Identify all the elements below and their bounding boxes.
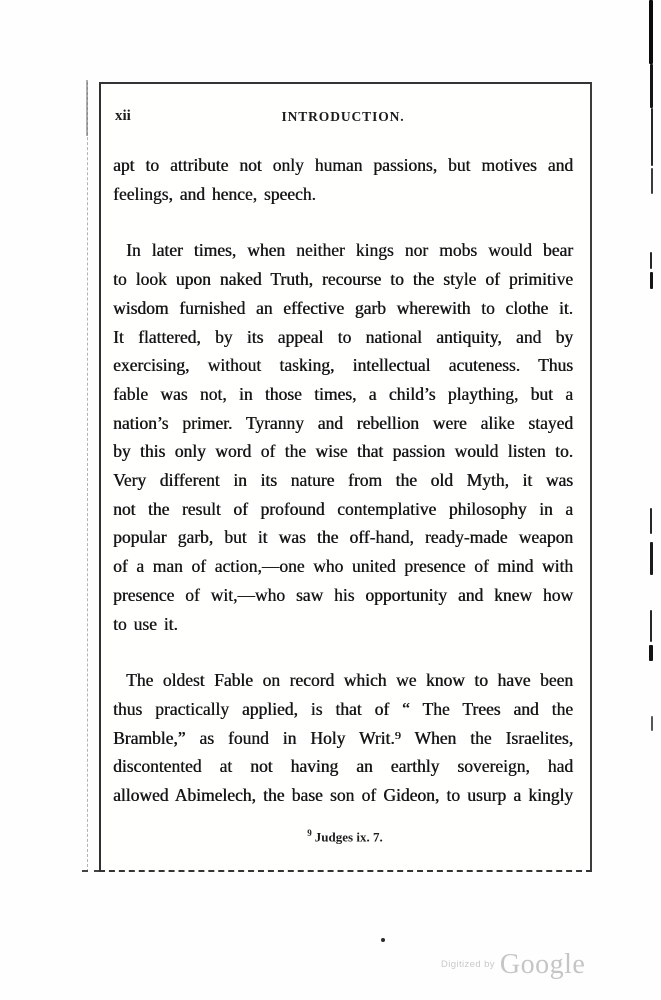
text-line: It flattered, by its appeal to national … [113, 323, 573, 352]
scan-edge-mark [650, 272, 653, 289]
scan-edge-mark [651, 168, 653, 194]
paragraph: apt to attribute not only human passions… [113, 151, 573, 208]
scan-edge-mark [650, 64, 653, 108]
footnote-text: Judges ix. 7. [315, 829, 383, 844]
watermark: Digitized byGoogle [441, 949, 585, 981]
text-line: allowed Abimelech, the base son of Gideo… [113, 781, 573, 810]
footnote: 9Judges ix. 7. [115, 828, 575, 845]
text-line: to use it. [113, 610, 573, 639]
book-scan-canvas: xii INTRODUCTION. apt to attribute not o… [0, 0, 661, 1000]
running-head: xii INTRODUCTION. [113, 108, 573, 125]
google-logo: Google [500, 949, 585, 980]
text-line: nation’s primer. Tyranny and rebellion w… [113, 409, 573, 438]
scan-edge-mark [650, 542, 653, 575]
body-text: apt to attribute not only human passions… [113, 151, 573, 810]
ink-speck [381, 938, 385, 942]
text-line: apt to attribute not only human passions… [113, 151, 573, 180]
paragraph: In later times, when neither kings nor m… [113, 236, 573, 638]
text-line: discontented at not having an earthly so… [113, 752, 573, 781]
page-title: INTRODUCTION. [113, 108, 573, 125]
scan-edge-mark [649, 0, 653, 64]
scan-left-edge-line [87, 82, 88, 872]
scan-edge-mark [650, 252, 652, 269]
text-line: exercising, without tasking, intellectua… [113, 351, 573, 380]
scan-edge-mark [651, 716, 653, 731]
page-content: xii INTRODUCTION. apt to attribute not o… [101, 84, 590, 810]
text-line: Bramble,” as found in Holy Writ.⁹ When t… [113, 724, 573, 753]
paragraph: The oldest Fable on record which we know… [113, 666, 573, 810]
text-line: Very different in its nature from the ol… [113, 466, 573, 495]
scan-left-edge-mark [86, 80, 88, 136]
text-line: wisdom furnished an effective garb where… [113, 294, 573, 323]
text-line: to look upon naked Truth, recourse to th… [113, 265, 573, 294]
text-line: popular garb, but it was the off-hand, r… [113, 523, 573, 552]
scan-bottom-dash [82, 870, 100, 872]
text-line: presence of wit,—who saw his opportunity… [113, 581, 573, 610]
text-line: The oldest Fable on record which we know… [113, 666, 573, 695]
text-line: thus practically applied, is that of “ T… [113, 695, 573, 724]
page-number: xii [115, 108, 131, 125]
watermark-prefix: Digitized by [441, 959, 495, 970]
scan-edge-mark [651, 108, 653, 166]
scan-edge-mark [650, 508, 652, 534]
text-line: of a man of action,—one who united prese… [113, 552, 573, 581]
text-line: fable was not, in those times, a child’s… [113, 380, 573, 409]
text-line: In later times, when neither kings nor m… [113, 236, 573, 265]
footnote-marker: 9 [307, 828, 312, 838]
scan-edge-mark [649, 645, 653, 661]
text-line: feelings, and hence, speech. [113, 180, 573, 209]
book-page: xii INTRODUCTION. apt to attribute not o… [99, 82, 592, 872]
text-line: by this only word of the wise that passi… [113, 437, 573, 466]
text-line: not the result of profound contemplative… [113, 495, 573, 524]
scan-edge-mark [650, 610, 652, 642]
